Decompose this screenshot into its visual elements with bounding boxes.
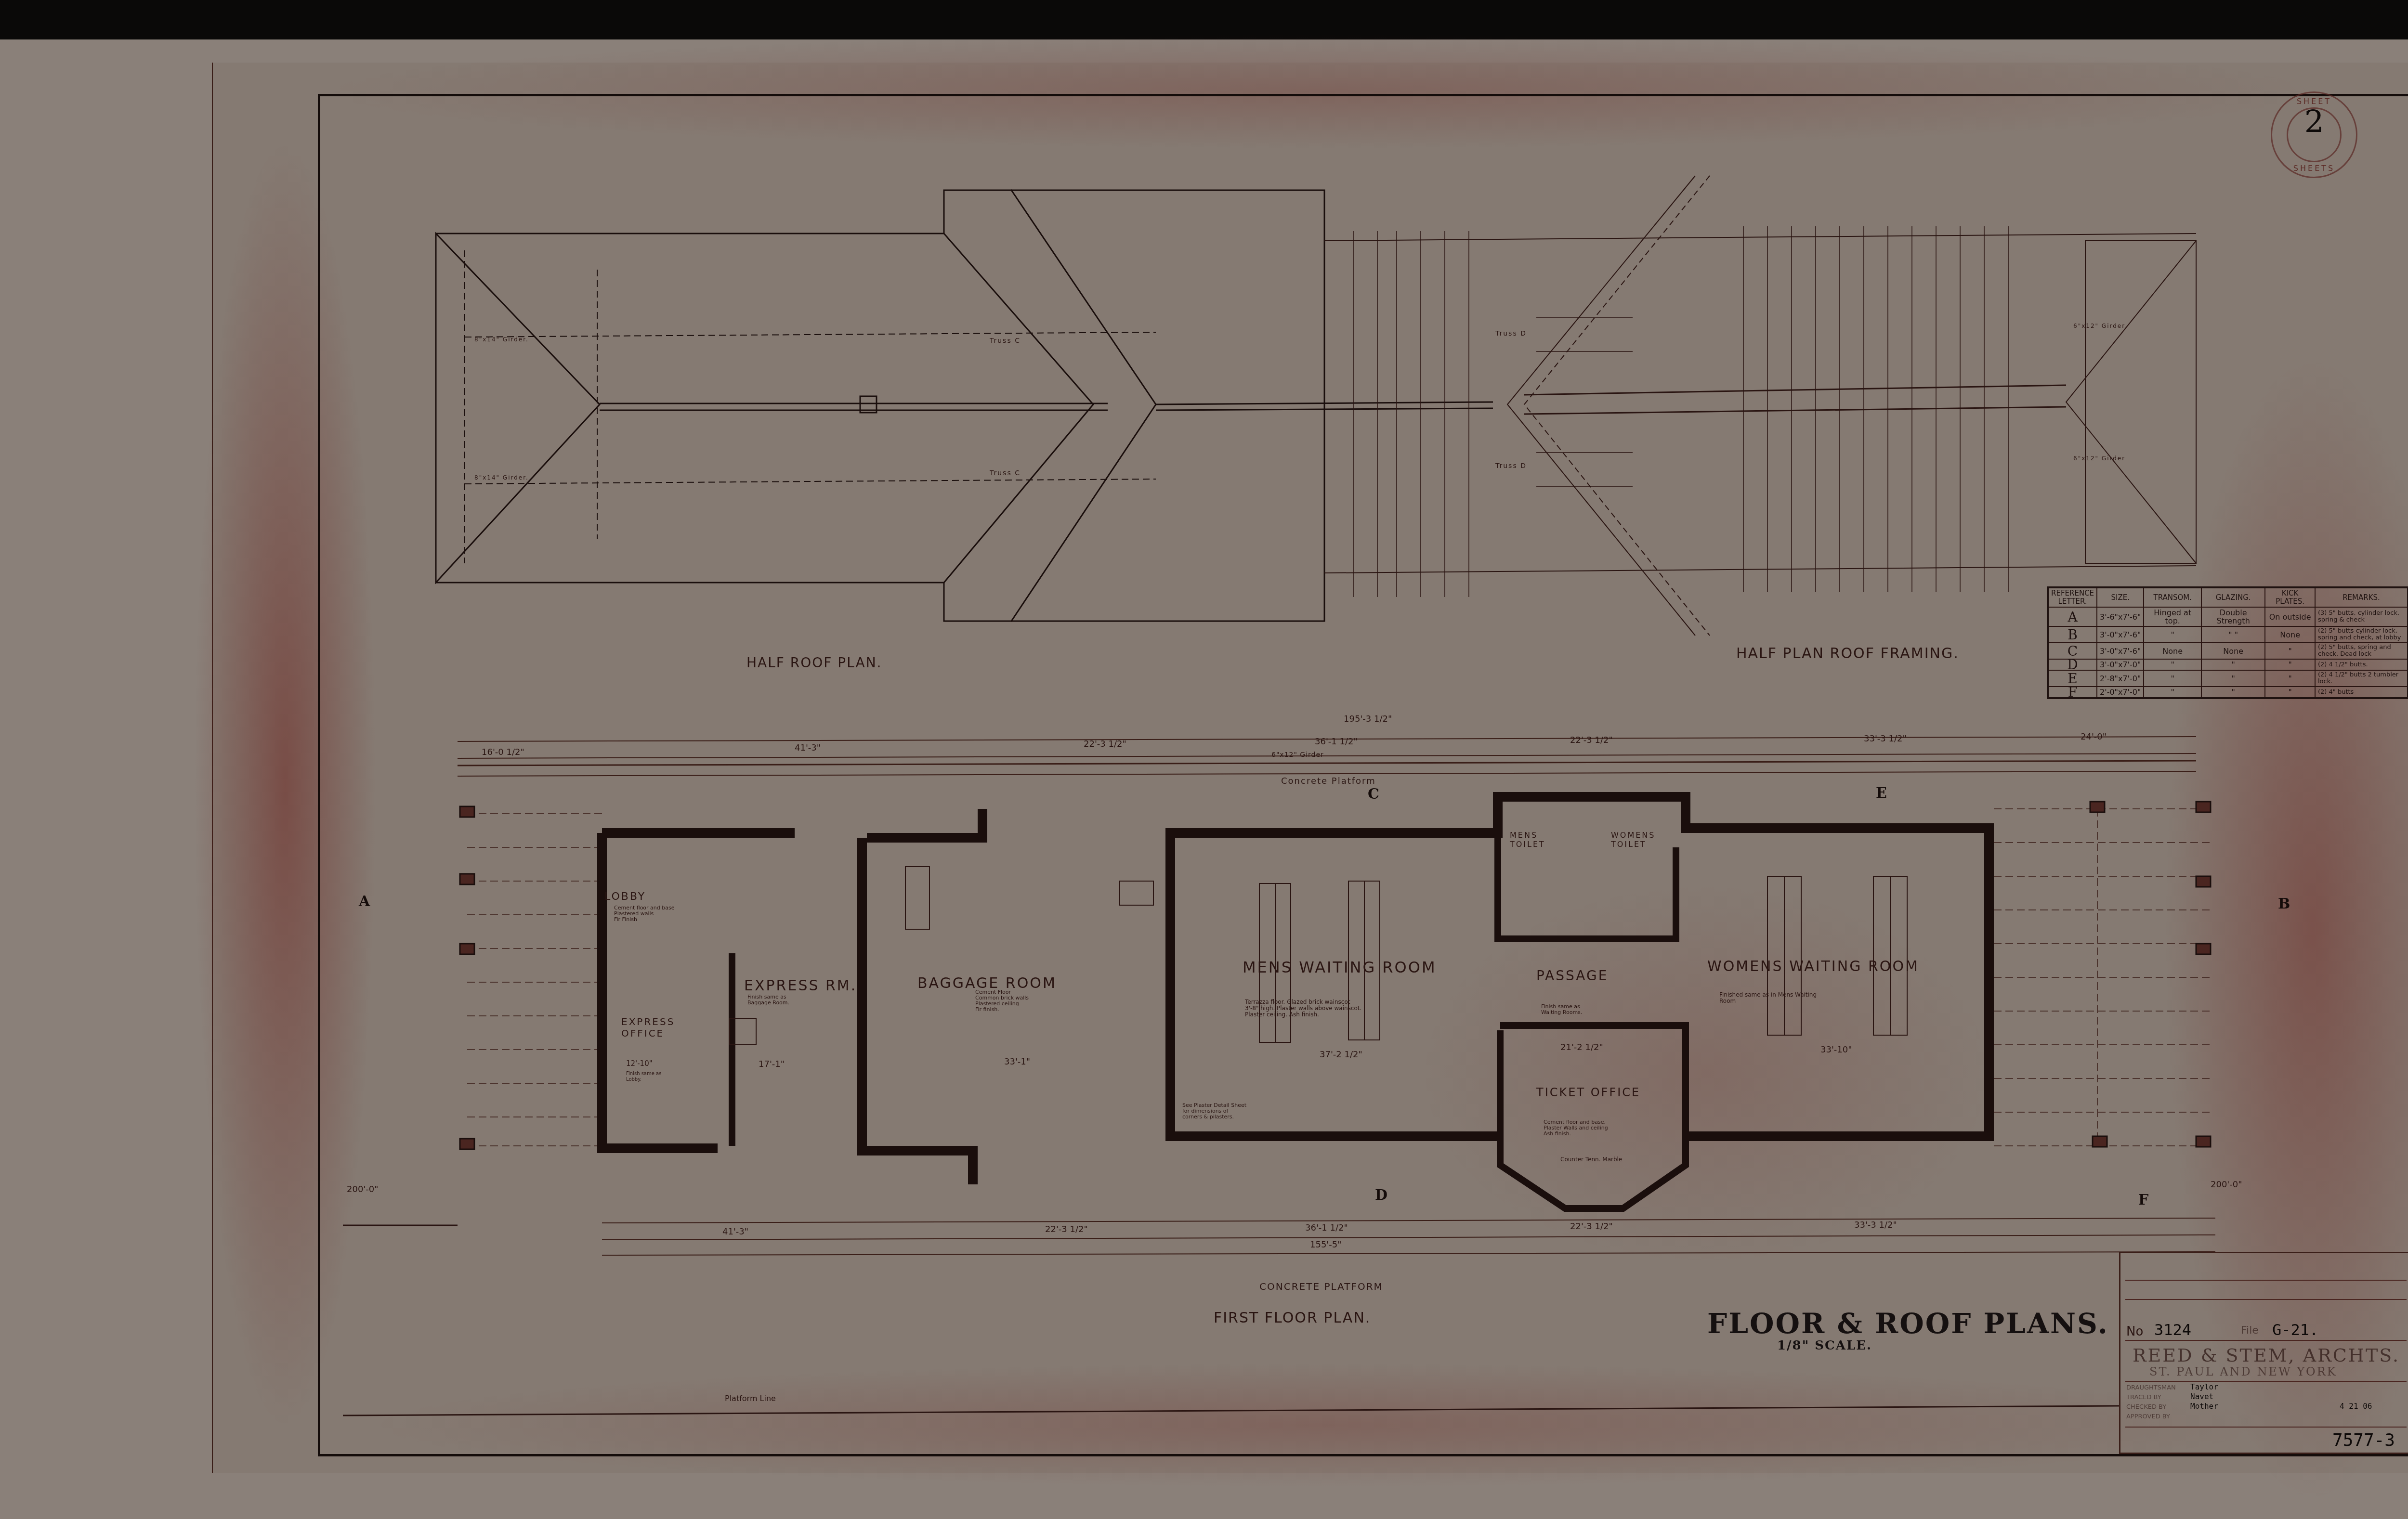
cell-kick: On outside: [2265, 607, 2315, 626]
cell-kick: ": [2265, 659, 2315, 670]
checked-by-label: CHECKED BY: [2126, 1403, 2166, 1411]
table-row: D 3'-0"x7'-0" " " " (2) 4 1/2" butts.: [2048, 659, 2408, 670]
section-marker-e: E: [1876, 785, 1887, 802]
dim: 41'-3": [722, 1227, 748, 1237]
cell-kick: ": [2265, 687, 2315, 698]
dim-platform: 200'-0": [2211, 1180, 2242, 1190]
room-note: Cement Floor Common brick walls Plastere…: [975, 989, 1029, 1013]
cell-ref: D: [2048, 659, 2097, 670]
room-dim: 12'-10": [626, 1059, 653, 1068]
platform-line-label: Platform Line: [725, 1394, 776, 1403]
table-row: E 2'-8"x7'-0" " " " (2) 4 1/2" butts 2 t…: [2048, 670, 2408, 687]
table-row: B 3'-0"x7'-6" " " " None (2) 5" butts cy…: [2048, 626, 2408, 643]
cell-glazing: ": [2201, 687, 2265, 698]
room-dim: 17'-1": [759, 1059, 785, 1069]
header-kick-plates: KICK PLATES.: [2265, 587, 2315, 607]
room-ticket-office: TICKET OFFICE: [1536, 1086, 1640, 1099]
room-express-office: EXPRESS OFFICE: [621, 1016, 669, 1039]
dim-overall: 195'-3 1/2": [1344, 714, 1392, 724]
room-note: Finish same as Baggage Room.: [747, 994, 789, 1006]
cell-transom: None: [2144, 643, 2201, 659]
cell-remarks: (2) 4 1/2" butts.: [2315, 659, 2408, 670]
header-transom: TRANSOM.: [2144, 587, 2201, 607]
room-note: Cement floor and base. Plaster Walls and…: [1544, 1119, 1608, 1137]
firm-name: REED & STEM, ARCHTS.: [2133, 1345, 2400, 1366]
header-remarks: REMARKS.: [2315, 587, 2408, 607]
half-roof-plan-label: HALF ROOF PLAN.: [746, 655, 882, 671]
drawing-title: FLOOR & ROOF PLANS.: [1707, 1307, 2109, 1340]
room-note: Terrazza floor. Glazed brick wainscot 3'…: [1245, 999, 1361, 1018]
cell-glazing: ": [2201, 670, 2265, 687]
cell-size: 2'-0"x7'-0": [2097, 687, 2144, 698]
scales-baggage: [1120, 881, 1153, 905]
title-block-rule: [2125, 1280, 2407, 1281]
approved-by-label: APPROVED BY: [2126, 1413, 2170, 1420]
section-marker-f: F: [2138, 1192, 2148, 1208]
dim: 33'-3 1/2": [1864, 734, 1907, 744]
cell-kick: ": [2265, 643, 2315, 659]
room-dim: 21'-2 1/2": [1560, 1042, 1603, 1052]
left-hip: [436, 234, 600, 583]
room-note: Finished same as in Mens Waiting Room: [1719, 992, 1817, 1004]
cell-glazing: Double Strength: [2201, 607, 2265, 626]
room-lobby: LOBBY: [604, 891, 646, 903]
girder-label: 6"x12" Girder: [2073, 455, 2125, 462]
draughtsman-value: Taylor: [2190, 1382, 2218, 1391]
cell-remarks: (2) 5" butts cylinder lock, spring and c…: [2315, 626, 2408, 643]
half-plan-roof-framing: [1324, 176, 2196, 636]
drawing-scale: 1/8" SCALE.: [1777, 1338, 1872, 1353]
no-label: No: [2126, 1324, 2143, 1339]
door-schedule-table: REFERENCE LETTER. SIZE. TRANSOM. GLAZING…: [2047, 586, 2408, 699]
half-roof-plan: [436, 190, 1493, 621]
room-note: Cement floor and base Plastered walls Fi…: [614, 905, 675, 922]
date-value: 4 21 06: [2340, 1402, 2372, 1411]
drawing-number: 7577-3: [2332, 1430, 2395, 1450]
dim: 36'-1 1/2": [1315, 737, 1358, 747]
cell-glazing: " ": [2201, 626, 2265, 643]
truss-label: Truss D: [1495, 330, 1527, 338]
traced-by-value: Navet: [2190, 1392, 2213, 1401]
title-block-rule: [2125, 1299, 2407, 1300]
dimension-lines: [458, 737, 2215, 1255]
header-size: SIZE.: [2097, 587, 2144, 607]
room-mens-waiting: MENS WAITING ROOM: [1243, 958, 1437, 976]
title-block-rule: [2125, 1427, 2407, 1428]
cell-ref: F: [2048, 687, 2097, 698]
half-plan-roof-framing-label: HALF PLAN ROOF FRAMING.: [1736, 645, 1959, 662]
cell-size: 3'-0"x7'-6": [2097, 626, 2144, 643]
benches: [730, 867, 1907, 1045]
stair: [905, 867, 929, 929]
cell-remarks: (2) 4 1/2" butts 2 tumbler lock.: [2315, 670, 2408, 687]
edge-of-platform-label: 6"x12" Girder: [1271, 751, 1324, 759]
girder-label: 8"x14" Girder.: [474, 474, 529, 481]
draughtsman-label: DRAUGHTSMAN: [2126, 1384, 2176, 1391]
title-block-rule: [2125, 1340, 2407, 1341]
cell-glazing: ": [2201, 659, 2265, 670]
cell-glazing: None: [2201, 643, 2265, 659]
cell-ref: B: [2048, 626, 2097, 643]
door-schedule-header: REFERENCE LETTER. SIZE. TRANSOM. GLAZING…: [2048, 587, 2408, 607]
table-row: F 2'-0"x7'-0" " " " (2) 4" butts: [2048, 687, 2408, 698]
title-block-rule: [2125, 1381, 2407, 1382]
dim: 36'-1 1/2": [1305, 1223, 1348, 1233]
room-dim: 33'-10": [1820, 1045, 1852, 1055]
girder-label: 8"x14" Girder.: [474, 336, 529, 343]
dim: 22'-3 1/2": [1570, 1221, 1613, 1232]
cell-size: 3'-6"x7'-6": [2097, 607, 2144, 626]
room-note: Finish same as Waiting Rooms.: [1541, 1004, 1582, 1015]
cell-size: 3'-0"x7'-6": [2097, 643, 2144, 659]
cell-kick: None: [2265, 626, 2315, 643]
table-row: C 3'-0"x7'-6" None None " (2) 5" butts, …: [2048, 643, 2408, 659]
firm-location: ST. PAUL AND NEW YORK: [2149, 1365, 2337, 1378]
operators-desk-label: Counter Tenn. Marble: [1560, 1155, 1622, 1164]
room-womens-toilet: WOMENS TOILET: [1611, 831, 1649, 849]
room-express: EXPRESS RM.: [744, 977, 857, 994]
truss-label: Truss C: [990, 337, 1021, 345]
first-floor-plan-label: FIRST FLOOR PLAN.: [1214, 1310, 1371, 1326]
dim: 22'-3 1/2": [1084, 739, 1126, 749]
drawing-linework: [0, 0, 2408, 1519]
section-marker-b: B: [2278, 896, 2290, 912]
cell-remarks: (2) 4" butts: [2315, 687, 2408, 698]
dim-overall: 155'-5": [1310, 1240, 1342, 1250]
cell-transom: ": [2144, 670, 2201, 687]
plaster-detail-note: See Plaster Detail Sheet for dimensions …: [1182, 1103, 1246, 1120]
cell-transom: ": [2144, 687, 2201, 698]
truss-label: Truss C: [990, 469, 1021, 477]
cell-size: 2'-8"x7'-0": [2097, 670, 2144, 687]
traced-by-label: TRACED BY: [2126, 1394, 2161, 1401]
cell-kick: ": [2265, 670, 2315, 687]
title-block: No 3124 File G-21. REED & STEM, ARCHTS. …: [2119, 1252, 2408, 1454]
table-row: A 3'-6"x7'-6" Hinged at top. Double Stre…: [2048, 607, 2408, 626]
cell-transom: Hinged at top.: [2144, 607, 2201, 626]
girder-label: 6"x12" Girder: [2073, 323, 2125, 329]
room-passage: PASSAGE: [1536, 968, 1608, 984]
room-womens-waiting: WOMENS WAITING ROOM: [1707, 958, 1919, 975]
dim: 16'-0 1/2": [482, 747, 524, 757]
drawing-no-value: 3124: [2154, 1321, 2191, 1339]
section-marker-d: D: [1375, 1187, 1387, 1204]
section-marker-a: A: [359, 893, 370, 910]
concrete-platform-label-bottom: CONCRETE PLATFORM: [1259, 1281, 1383, 1292]
truss-label: Truss D: [1495, 462, 1527, 470]
room-dim: 33'-1": [1004, 1057, 1030, 1067]
room-dim: 37'-2 1/2": [1320, 1050, 1362, 1060]
header-glazing: GLAZING.: [2201, 587, 2265, 607]
dim: 24'-0": [2081, 732, 2107, 742]
cell-transom: ": [2144, 626, 2201, 643]
concrete-platform-label: Concrete Platform: [1281, 776, 1376, 786]
dim: 41'-3": [795, 743, 821, 753]
checked-by-value: Mother: [2190, 1402, 2218, 1411]
cell-transom: ": [2144, 659, 2201, 670]
cell-remarks: (2) 5" butts, spring and check. Dead loc…: [2315, 643, 2408, 659]
room-mens-toilet: MENS TOILET: [1510, 831, 1544, 849]
dim: 22'-3 1/2": [1570, 735, 1613, 745]
cell-remarks: (3) 5" butts, cylinder lock, spring & ch…: [2315, 607, 2408, 626]
cell-ref: A: [2048, 607, 2097, 626]
header-reference: REFERENCE LETTER.: [2048, 587, 2097, 607]
room-note: Finish same as Lobby.: [626, 1071, 661, 1083]
dim: 33'-3 1/2": [1854, 1220, 1897, 1230]
section-marker-c: C: [1368, 786, 1379, 803]
dim: 22'-3 1/2": [1045, 1224, 1088, 1234]
file-value: G-21.: [2272, 1321, 2318, 1339]
file-label: File: [2241, 1324, 2259, 1337]
dim-platform: 200'-0": [347, 1184, 379, 1194]
cell-size: 3'-0"x7'-0": [2097, 659, 2144, 670]
